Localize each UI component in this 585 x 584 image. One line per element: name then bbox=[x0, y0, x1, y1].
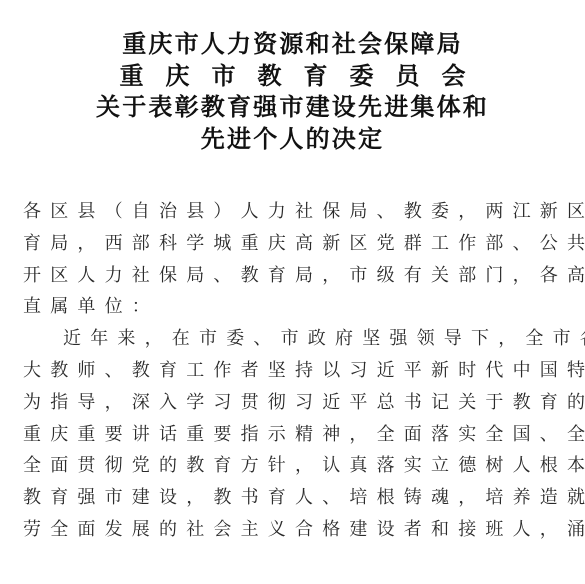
salutation-line: 育局，西部科学城重庆高新区党群工作部、公共服务局，万盛经 bbox=[23, 228, 573, 260]
salutation-line: 各区县（自治县）人力社保局、教委，两江新区组织人事部、教 bbox=[23, 196, 573, 228]
paragraph-line: 大教师、教育工作者坚持以习近平新时代中国特色社会主义思想 bbox=[23, 355, 573, 387]
title-issuer-1: 重庆市人力资源和社会保障局 bbox=[0, 28, 585, 60]
paragraph-line: 近年来，在市委、市政府坚强领导下，全市各级各部门和广 bbox=[23, 323, 573, 355]
paragraph-line: 全面贯彻党的教育方针，认真落实立德树人根本任务，积极投身 bbox=[23, 450, 573, 482]
paragraph-line: 劳全面发展的社会主义合格建设者和接班人，涌现出一大批业绩 bbox=[23, 514, 573, 546]
title-subject-1: 关于表彰教育强市建设先进集体和 bbox=[0, 91, 585, 123]
paragraph-line: 教育强市建设，教书育人、培根铸魂，培养造就了大批德智体美 bbox=[23, 482, 573, 514]
title-issuer-2: 重庆市教育委员会 bbox=[0, 60, 585, 92]
salutation-line: 直属单位： bbox=[23, 291, 573, 323]
title-subject-2: 先进个人的决定 bbox=[0, 123, 585, 155]
document-title: 重庆市人力资源和社会保障局 重庆市教育委员会 关于表彰教育强市建设先进集体和 先… bbox=[0, 28, 585, 154]
paragraph-line: 为指导，深入学习贯彻习近平总书记关于教育的重要论述和视察 bbox=[23, 387, 573, 419]
paragraph-line: 重庆重要讲话重要指示精神，全面落实全国、全市教育大会精神， bbox=[23, 419, 573, 451]
document-body: 各区县（自治县）人力社保局、教委，两江新区组织人事部、教 育局，西部科学城重庆高… bbox=[23, 196, 573, 546]
document-page: 重庆市人力资源和社会保障局 重庆市教育委员会 关于表彰教育强市建设先进集体和 先… bbox=[0, 0, 585, 584]
salutation-line: 开区人力社保局、教育局，市级有关部门，各高等学校，市教委 bbox=[23, 260, 573, 292]
